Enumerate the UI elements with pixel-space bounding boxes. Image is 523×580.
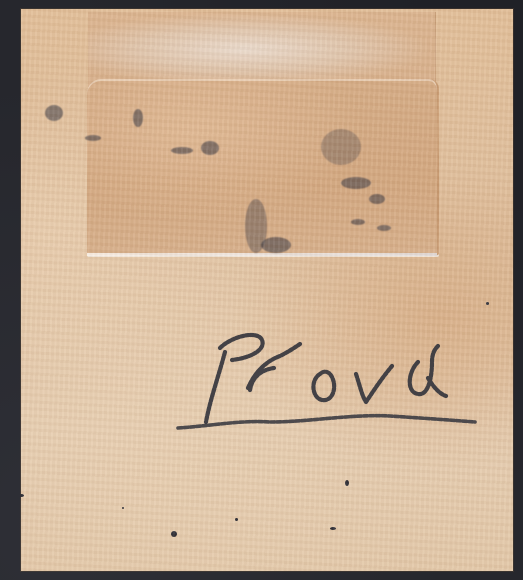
handwritten-annotation — [170, 318, 490, 448]
speck — [486, 302, 489, 305]
speck — [235, 518, 238, 521]
ink-offset-mark — [321, 129, 361, 165]
speck — [345, 480, 349, 486]
ink-offset-mark — [45, 105, 63, 121]
speck — [122, 507, 124, 509]
stamp-back — [21, 9, 513, 571]
hinge-remnant-upper — [88, 12, 436, 87]
ink-offset-mark — [201, 141, 219, 155]
ink-offset-mark — [171, 147, 193, 154]
hinge-edge — [87, 253, 437, 256]
ink-offset-mark — [261, 237, 291, 253]
speck — [19, 494, 24, 497]
ink-offset-mark — [133, 109, 143, 127]
ink-offset-mark — [369, 194, 385, 204]
speck — [330, 527, 336, 530]
ink-offset-mark — [377, 225, 391, 231]
ink-offset-mark — [341, 177, 371, 189]
speck — [171, 531, 177, 537]
ink-offset-mark — [351, 219, 365, 225]
ink-offset-mark — [85, 135, 101, 141]
